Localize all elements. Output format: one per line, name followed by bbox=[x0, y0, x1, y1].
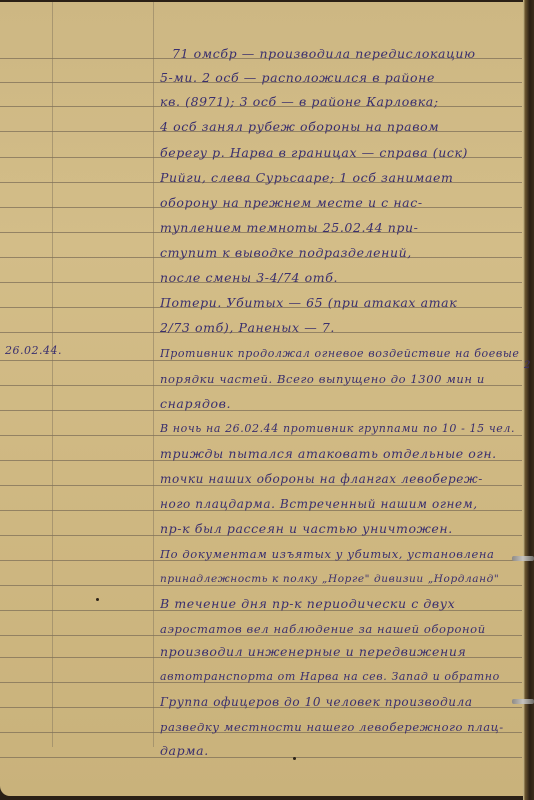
text-line: 71 омсбр — производила передислокацию bbox=[172, 46, 534, 62]
text-line: оборону на прежнем месте и с нас- bbox=[160, 195, 522, 211]
text-line: разведку местности нашего левобережного … bbox=[160, 719, 522, 735]
text-line: кв. (8971); 3 осб — в районе Карловка; bbox=[160, 94, 522, 110]
ink-spot bbox=[96, 598, 99, 601]
page-binding bbox=[523, 0, 534, 800]
text-line: принадлежность к полку „Норге" дивизии „… bbox=[160, 571, 522, 587]
text-line: аэростатов вел наблюдение за нашей оборо… bbox=[160, 621, 522, 637]
text-line: В ночь на 26.02.44 противник группами по… bbox=[160, 421, 522, 437]
text-line: туплением темноты 25.02.44 при- bbox=[160, 220, 522, 236]
entry-date: 26.02.44. bbox=[5, 344, 62, 357]
text-line: 4 осб занял рубеж обороны на правом bbox=[160, 119, 522, 135]
text-line: ступит к выводке подразделений, bbox=[160, 245, 522, 261]
margin-note: 2 bbox=[524, 360, 530, 371]
text-line: автотранспорта от Нарва на сев. Запад и … bbox=[160, 669, 522, 685]
text-line: пр-к был рассеян и частью уничтожен. bbox=[160, 521, 522, 537]
text-line: Рийги, слева Сурьсааре; 1 осб занимает bbox=[160, 170, 522, 186]
text-line: По документам изъятых у убитых, установл… bbox=[160, 546, 522, 562]
ink-spot bbox=[293, 757, 296, 760]
text-line: берегу р. Нарва в границах — справа (иск… bbox=[160, 145, 522, 161]
text-line: точки наших обороны на флангах левобереж… bbox=[160, 471, 522, 487]
binding-staple bbox=[512, 556, 534, 561]
text-line: дарма. bbox=[160, 743, 522, 759]
text-line: Противник продолжал огневое воздействие … bbox=[160, 346, 522, 362]
text-line: 5-ми. 2 осб — расположился в районе bbox=[160, 70, 522, 86]
text-line: трижды пытался атаковать отдельные огн. bbox=[160, 446, 522, 462]
binding-staple bbox=[512, 699, 534, 704]
text-line: ного плацдарма. Встреченный нашим огнем, bbox=[160, 496, 522, 512]
text-line: производил инженерные и передвижения bbox=[160, 644, 522, 660]
text-line: В течение дня пр-к периодически с двух bbox=[160, 596, 522, 612]
text-line: 2/73 отб), Раненых — 7. bbox=[160, 320, 522, 336]
text-line: Группа офицеров до 10 человек производил… bbox=[160, 694, 522, 710]
text-line: после смены 3-4/74 отб. bbox=[160, 270, 522, 286]
text-line: порядки частей. Всего выпущено до 1300 м… bbox=[160, 371, 522, 387]
document-page: 26.02.44. 71 омсбр — производила передис… bbox=[0, 2, 523, 796]
text-line: снарядов. bbox=[160, 396, 522, 412]
text-line: Потери. Убитых — 65 (при атаках атак bbox=[160, 295, 522, 311]
